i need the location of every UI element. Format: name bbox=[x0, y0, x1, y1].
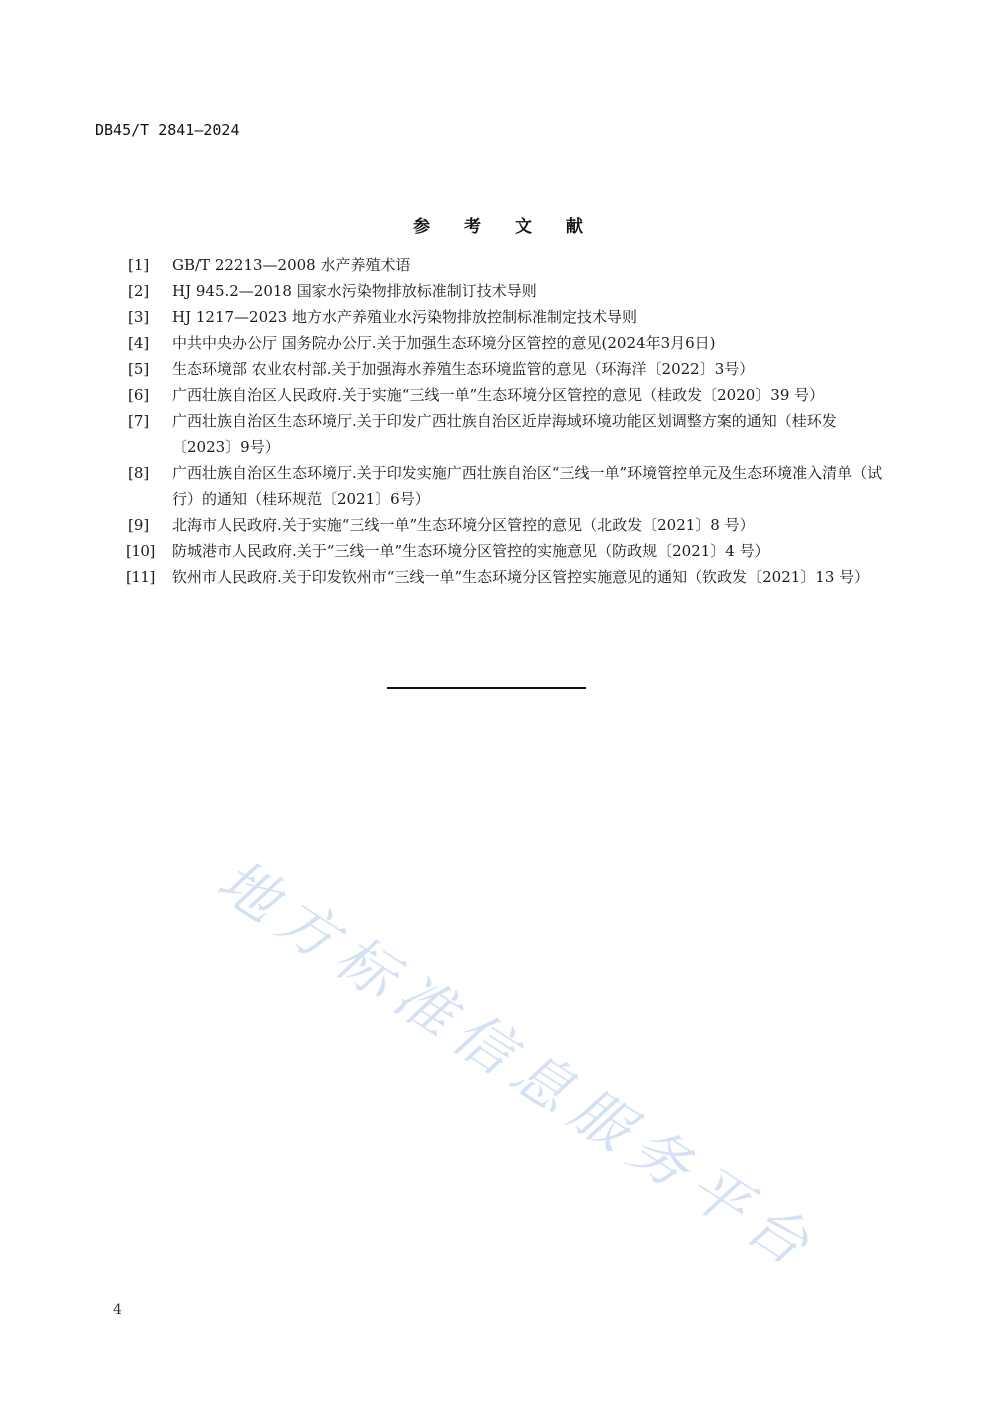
reference-text: 北海市人民政府.关于实施“三线一单”生态环境分区管控的意见（北政发〔2021〕8… bbox=[172, 512, 888, 538]
reference-item: [7] 广西壮族自治区生态环境厅.关于印发广西壮族自治区近岸海域环境功能区划调整… bbox=[128, 408, 888, 460]
reference-number: [6] bbox=[128, 382, 149, 408]
reference-item: [6] 广西壮族自治区人民政府.关于实施“三线一单”生态环境分区管控的意见（桂政… bbox=[128, 382, 888, 408]
watermark: 地方标准信息服务平台 bbox=[204, 835, 837, 1287]
reference-text: 广西壮族自治区生态环境厅.关于印发广西壮族自治区近岸海域环境功能区划调整方案的通… bbox=[172, 408, 888, 460]
reference-number: [9] bbox=[128, 512, 149, 538]
reference-item: [5] 生态环境部 农业农村部.关于加强海水养殖生态环境监管的意见（环海洋〔20… bbox=[128, 356, 888, 382]
reference-number: [2] bbox=[128, 278, 149, 304]
reference-item: [2] HJ 945.2—2018 国家水污染物排放标准制订技术导则 bbox=[128, 278, 888, 304]
reference-text: HJ 945.2—2018 国家水污染物排放标准制订技术导则 bbox=[172, 278, 888, 304]
reference-text: 生态环境部 农业农村部.关于加强海水养殖生态环境监管的意见（环海洋〔2022〕3… bbox=[172, 356, 888, 382]
reference-text: 防城港市人民政府.关于“三线一单”生态环境分区管控的实施意见（防政规〔2021〕… bbox=[172, 538, 888, 564]
reference-number: [1] bbox=[128, 252, 149, 278]
reference-number: [10] bbox=[126, 538, 155, 564]
reference-number: [7] bbox=[128, 408, 149, 434]
reference-number: [3] bbox=[128, 304, 149, 330]
reference-text: 钦州市人民政府.关于印发钦州市“三线一单”生态环境分区管控实施意见的通知（钦政发… bbox=[172, 564, 888, 590]
reference-text: 广西壮族自治区生态环境厅.关于印发实施广西壮族自治区“三线一单”环境管控单元及生… bbox=[172, 460, 888, 512]
reference-item: [3] HJ 1217—2023 地方水产养殖业水污染物排放控制标准制定技术导则 bbox=[128, 304, 888, 330]
page-number: 4 bbox=[113, 1302, 122, 1318]
reference-number: [8] bbox=[128, 460, 149, 486]
reference-item: [11] 钦州市人民政府.关于印发钦州市“三线一单”生态环境分区管控实施意见的通… bbox=[128, 564, 888, 590]
reference-item: [1] GB/T 22213—2008 水产养殖术语 bbox=[128, 252, 888, 278]
reference-text: 中共中央办公厅 国务院办公厅.关于加强生态环境分区管控的意见(2024年3月6日… bbox=[172, 330, 888, 356]
standard-code: DB45/T 2841—2024 bbox=[95, 121, 240, 139]
reference-number: [11] bbox=[126, 564, 155, 590]
reference-item: [10] 防城港市人民政府.关于“三线一单”生态环境分区管控的实施意见（防政规〔… bbox=[128, 538, 888, 564]
reference-text: HJ 1217—2023 地方水产养殖业水污染物排放控制标准制定技术导则 bbox=[172, 304, 888, 330]
reference-number: [5] bbox=[128, 356, 149, 382]
reference-item: [4] 中共中央办公厅 国务院办公厅.关于加强生态环境分区管控的意见(2024年… bbox=[128, 330, 888, 356]
reference-item: [8] 广西壮族自治区生态环境厅.关于印发实施广西壮族自治区“三线一单”环境管控… bbox=[128, 460, 888, 512]
end-divider bbox=[387, 687, 586, 689]
reference-list: [1] GB/T 22213—2008 水产养殖术语 [2] HJ 945.2—… bbox=[128, 252, 888, 590]
reference-item: [9] 北海市人民政府.关于实施“三线一单”生态环境分区管控的意见（北政发〔20… bbox=[128, 512, 888, 538]
section-title: 参 考 文 献 bbox=[0, 212, 1000, 237]
reference-text: GB/T 22213—2008 水产养殖术语 bbox=[172, 252, 888, 278]
reference-text: 广西壮族自治区人民政府.关于实施“三线一单”生态环境分区管控的意见（桂政发〔20… bbox=[172, 382, 888, 408]
reference-number: [4] bbox=[128, 330, 149, 356]
